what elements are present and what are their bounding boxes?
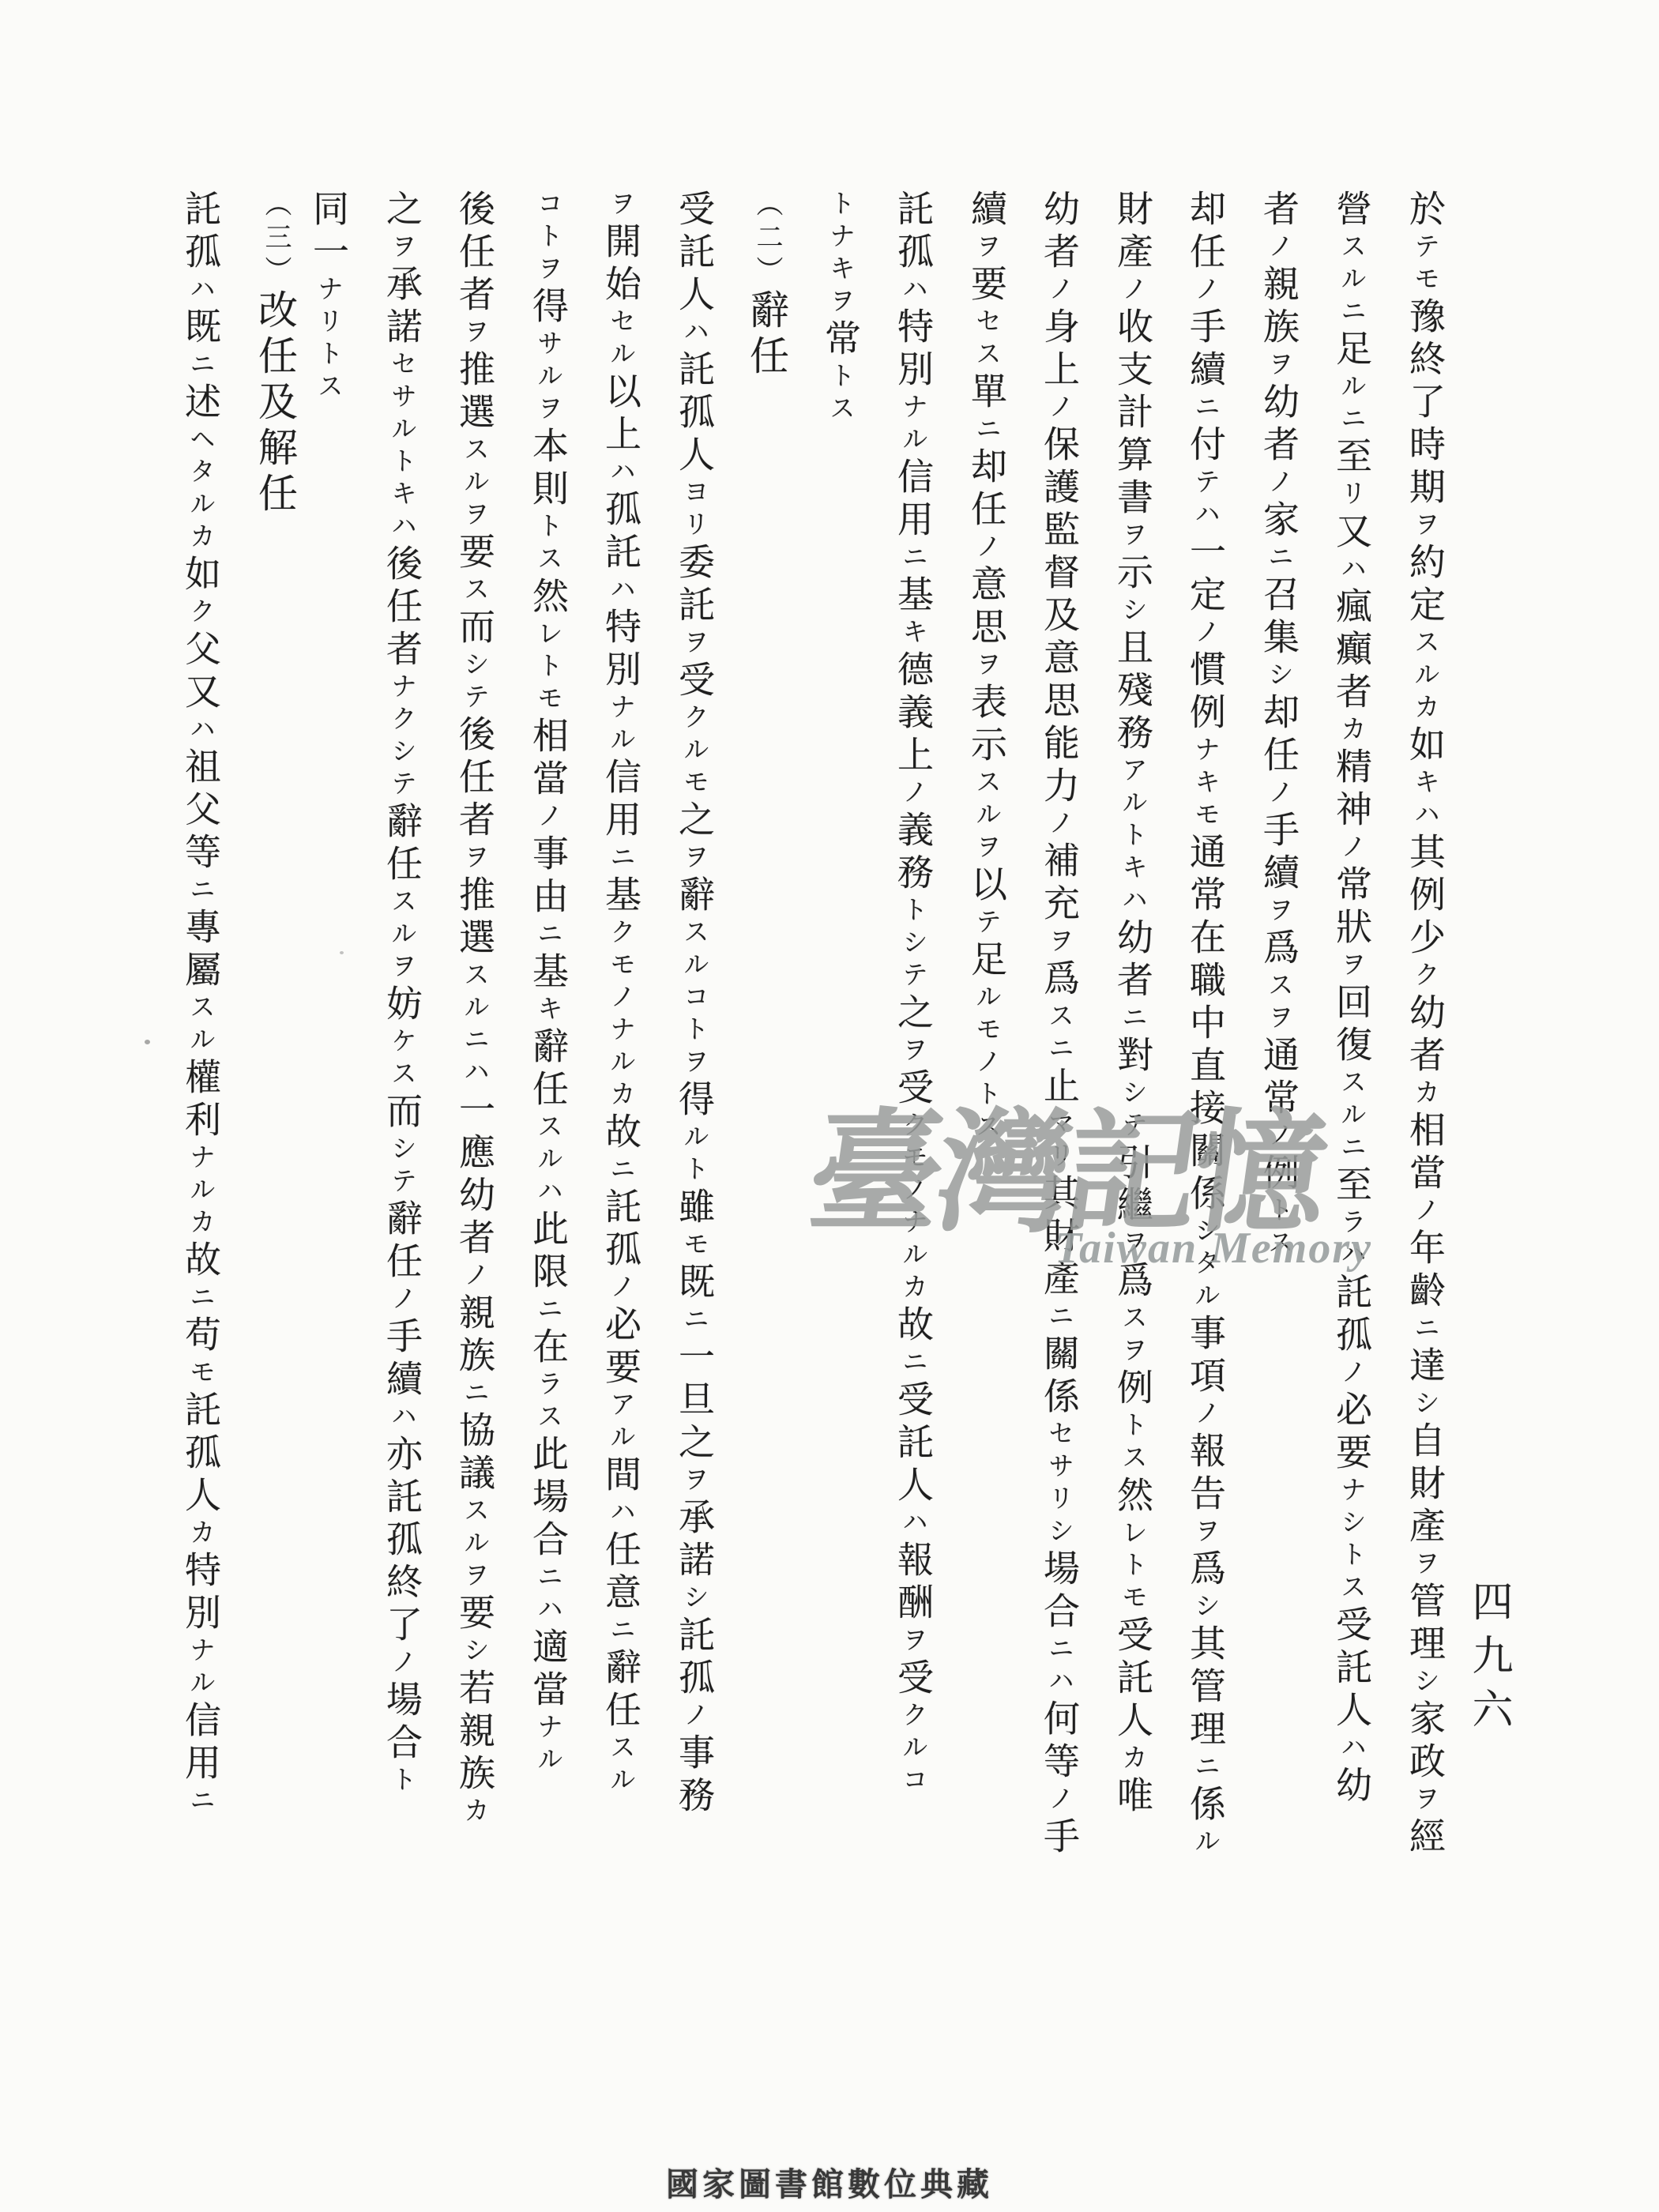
text-column: 幼者ノ身上ノ保護監督及意思能力ノ補充ヲ爲スニ止マリ其財產ニ關係セサリシ場合ニハ何… — [1025, 190, 1093, 1860]
heading-column-3-kainin-kainin: ︵三︶改任及解任 — [241, 190, 309, 518]
text-column: 之ヲ承諾セサルトキハ後任者ナクシテ辭任スルヲ妨ケス而シテ辭任ノ手續ハ亦託孤終了ノ… — [367, 190, 435, 1798]
text-column: 後任者ヲ推選スルヲ要ス而シテ後任者ヲ推選スルニハ一應幼者ノ親族ニ協議スルヲ要シ若… — [440, 190, 508, 1829]
text-column: 受託人ハ託孤人ヨリ委託ヲ受クルモ之ヲ辭スルコトヲ得ルト雖モ既ニ一旦之ヲ承諾シ託孤… — [660, 190, 728, 1819]
text-column: 託孤ハ特別ナル信用ニ基キ德義上ノ義務トシテ之ヲ受クモノナルカ故ニ受託人ハ報酬ヲ受… — [878, 190, 946, 1798]
text-column: ヲ開始セル以上ハ孤託ハ特別ナル信用ニ基クモノナルカ故ニ託孤ノ必要アル間ハ任意ニ辭… — [586, 190, 654, 1798]
heading-column-2-jinin: ︵二︶辭任 — [732, 190, 800, 381]
page-number: 四九六 — [1458, 1580, 1518, 1741]
ink-speck — [340, 951, 344, 954]
text-column: トナキヲ常トス — [806, 190, 874, 427]
footer-caption: 國家圖書館數位典藏 — [648, 2158, 1011, 2205]
text-column: 營スルニ足ルニ至リ又ハ瘋癲者カ精神ノ常狀ヲ回復スルニ至ラハ託孤ノ必要ナシトス受託… — [1317, 190, 1385, 1808]
text-block: 於テモ豫終了時期ヲ約定スルカ如キハ其例少ク幼者カ相當ノ年齡ニ達シ自財產ヲ管理シ家… — [0, 0, 1659, 2212]
text-column: 託孤ハ既ニ述ヘタルカ如ク父又ハ祖父等ニ專屬スル權利ナルカ故ニ苟モ託孤人カ特別ナル… — [166, 190, 234, 1819]
text-column: コトヲ得サルヲ本則トス然レトモ相當ノ事由ニ基キ辭任スルハ此限ニ在ラス此場合ニハ適… — [513, 190, 581, 1777]
ink-speck — [145, 1040, 150, 1044]
text-column: 者ノ親族ヲ幼者ノ家ニ召集シ却任ノ手續ヲ爲スヲ通常ノ例トス — [1244, 190, 1312, 1261]
text-column: 於テモ豫終了時期ヲ約定スルカ如キハ其例少ク幼者カ相當ノ年齡ニ達シ自財產ヲ管理シ家… — [1390, 190, 1458, 1860]
text-column: 財產ノ收支計算書ヲ示シ且殘務アルトキハ幼者ニ對シテ引繼ヲ爲スヲ例トス然レトモ受託… — [1098, 190, 1166, 1819]
text-column: 却任ノ手續ニ付テハ一定ノ慣例ナキモ通常在職中直接關係シタル事項ノ報告ヲ爲シ其管理… — [1171, 190, 1239, 1860]
text-column: 續ヲ要セス單ニ却任ノ意思ヲ表示スルヲ以テ足ルモノトス — [952, 190, 1020, 1145]
document-page: 於テモ豫終了時期ヲ約定スルカ如キハ其例少ク幼者カ相當ノ年齡ニ達シ自財產ヲ管理シ家… — [0, 0, 1659, 2212]
